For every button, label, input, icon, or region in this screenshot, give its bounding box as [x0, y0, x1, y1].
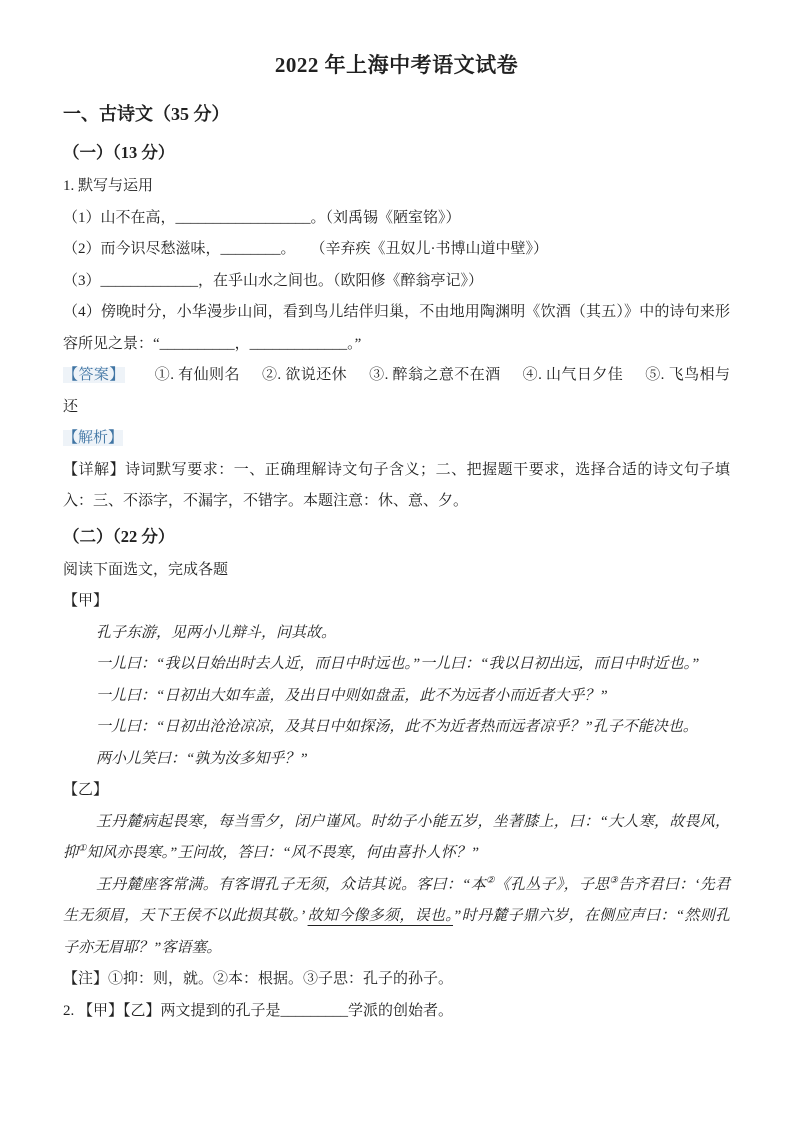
yi-paragraph-1: 王丹麓病起畏寒，每当雪夕，闭户谨风。时幼子小能五岁，坐著膝上，曰：“大人寒，故畏…	[63, 807, 730, 870]
underlined-clause: 故知今像多须，误也。	[308, 908, 453, 924]
jia-label: 【甲】	[63, 586, 730, 618]
answer-marker: 【答案】	[63, 367, 125, 383]
note-ref-2: ②	[486, 876, 495, 886]
question1-intro: 1. 默写与运用	[63, 171, 730, 203]
answer-item-2: ②. 欲说还休	[262, 367, 347, 383]
jia-paragraph-5: 两小儿笑曰：“孰为汝多知乎？”	[63, 744, 730, 776]
part1-heading: （一）（13 分）	[63, 134, 730, 171]
answer-item-4: ④. 山气日夕佳	[523, 367, 624, 383]
part2-heading: （二）（22 分）	[63, 518, 730, 555]
question2: 2. 【甲】【乙】两文提到的孔子是_________学派的创始者。	[63, 996, 730, 1028]
section-heading: 一、古诗文（35 分）	[63, 94, 730, 134]
yi-p2-segment-1: 王丹麓座客常满。有客谓孔子无须，众诘其说。客曰：“本	[96, 877, 486, 893]
blank-item-3: （3）_____________，在乎山水之间也。（欧阳修《醉翁亭记》）	[63, 266, 730, 298]
note-ref-1: ①	[78, 844, 87, 854]
blank-item-1: （1）山不在高，__________________。（刘禹锡《陋室铭》）	[63, 203, 730, 235]
analysis-line: 【解析】	[63, 423, 730, 455]
answer-item-3: ③. 醉翁之意不在酒	[369, 367, 501, 383]
part2-intro: 阅读下面选文，完成各题	[63, 555, 730, 587]
answer-line: 【答案】①. 有仙则名②. 欲说还休③. 醉翁之意不在酒④. 山气日夕佳⑤. 飞…	[63, 360, 730, 423]
analysis-marker: 【解析】	[63, 430, 123, 446]
note-paragraph: 【注】①抑：则，就。②本：根据。③子思：孔子的孙子。	[63, 964, 730, 996]
page-title: 2022 年上海中考语文试卷	[63, 50, 730, 80]
note-ref-3: ③	[609, 876, 618, 886]
detail-paragraph: 【详解】诗词默写要求：一、正确理解诗文句子含义；二、把握题干要求，选择合适的诗文…	[63, 455, 730, 518]
blank-item-2: （2）而今识尽愁滋味，________。 （辛弃疾《丑奴儿·书博山道中壁》）	[63, 234, 730, 266]
answer-item-1: ①. 有仙则名	[155, 367, 240, 383]
jia-paragraph-1: 孔子东游，见两小儿辩斗，问其故。	[63, 618, 730, 650]
exam-paper-page: 2022 年上海中考语文试卷 一、古诗文（35 分） （一）（13 分） 1. …	[0, 0, 793, 1067]
yi-label: 【乙】	[63, 775, 730, 807]
yi-p2-segment-2: 《孔丛子》，子思	[495, 877, 610, 893]
jia-paragraph-3: 一儿曰：“日初出大如车盖，及出日中则如盘盂，此不为远者小而近者大乎？”	[63, 681, 730, 713]
blank-item-4: （4）傍晚时分，小华漫步山间，看到鸟儿结伴归巢，不由地用陶渊明《饮酒（其五）》中…	[63, 297, 730, 360]
jia-paragraph-2: 一儿曰：“我以日始出时去人近，而日中时远也。”一儿曰：“我以日初出远，而日中时近…	[63, 649, 730, 681]
yi-p1-segment-2: 知风亦畏寒。”王问故，答曰：“风不畏寒，何由喜扑人怀？”	[87, 845, 480, 861]
jia-paragraph-4: 一儿曰：“日初出沧沧凉凉，及其日中如探汤，此不为近者热而远者凉乎？”孔子不能决也…	[63, 712, 730, 744]
yi-paragraph-2: 王丹麓座客常满。有客谓孔子无须，众诘其说。客曰：“本②《孔丛子》，子思③告齐君曰…	[63, 870, 730, 965]
